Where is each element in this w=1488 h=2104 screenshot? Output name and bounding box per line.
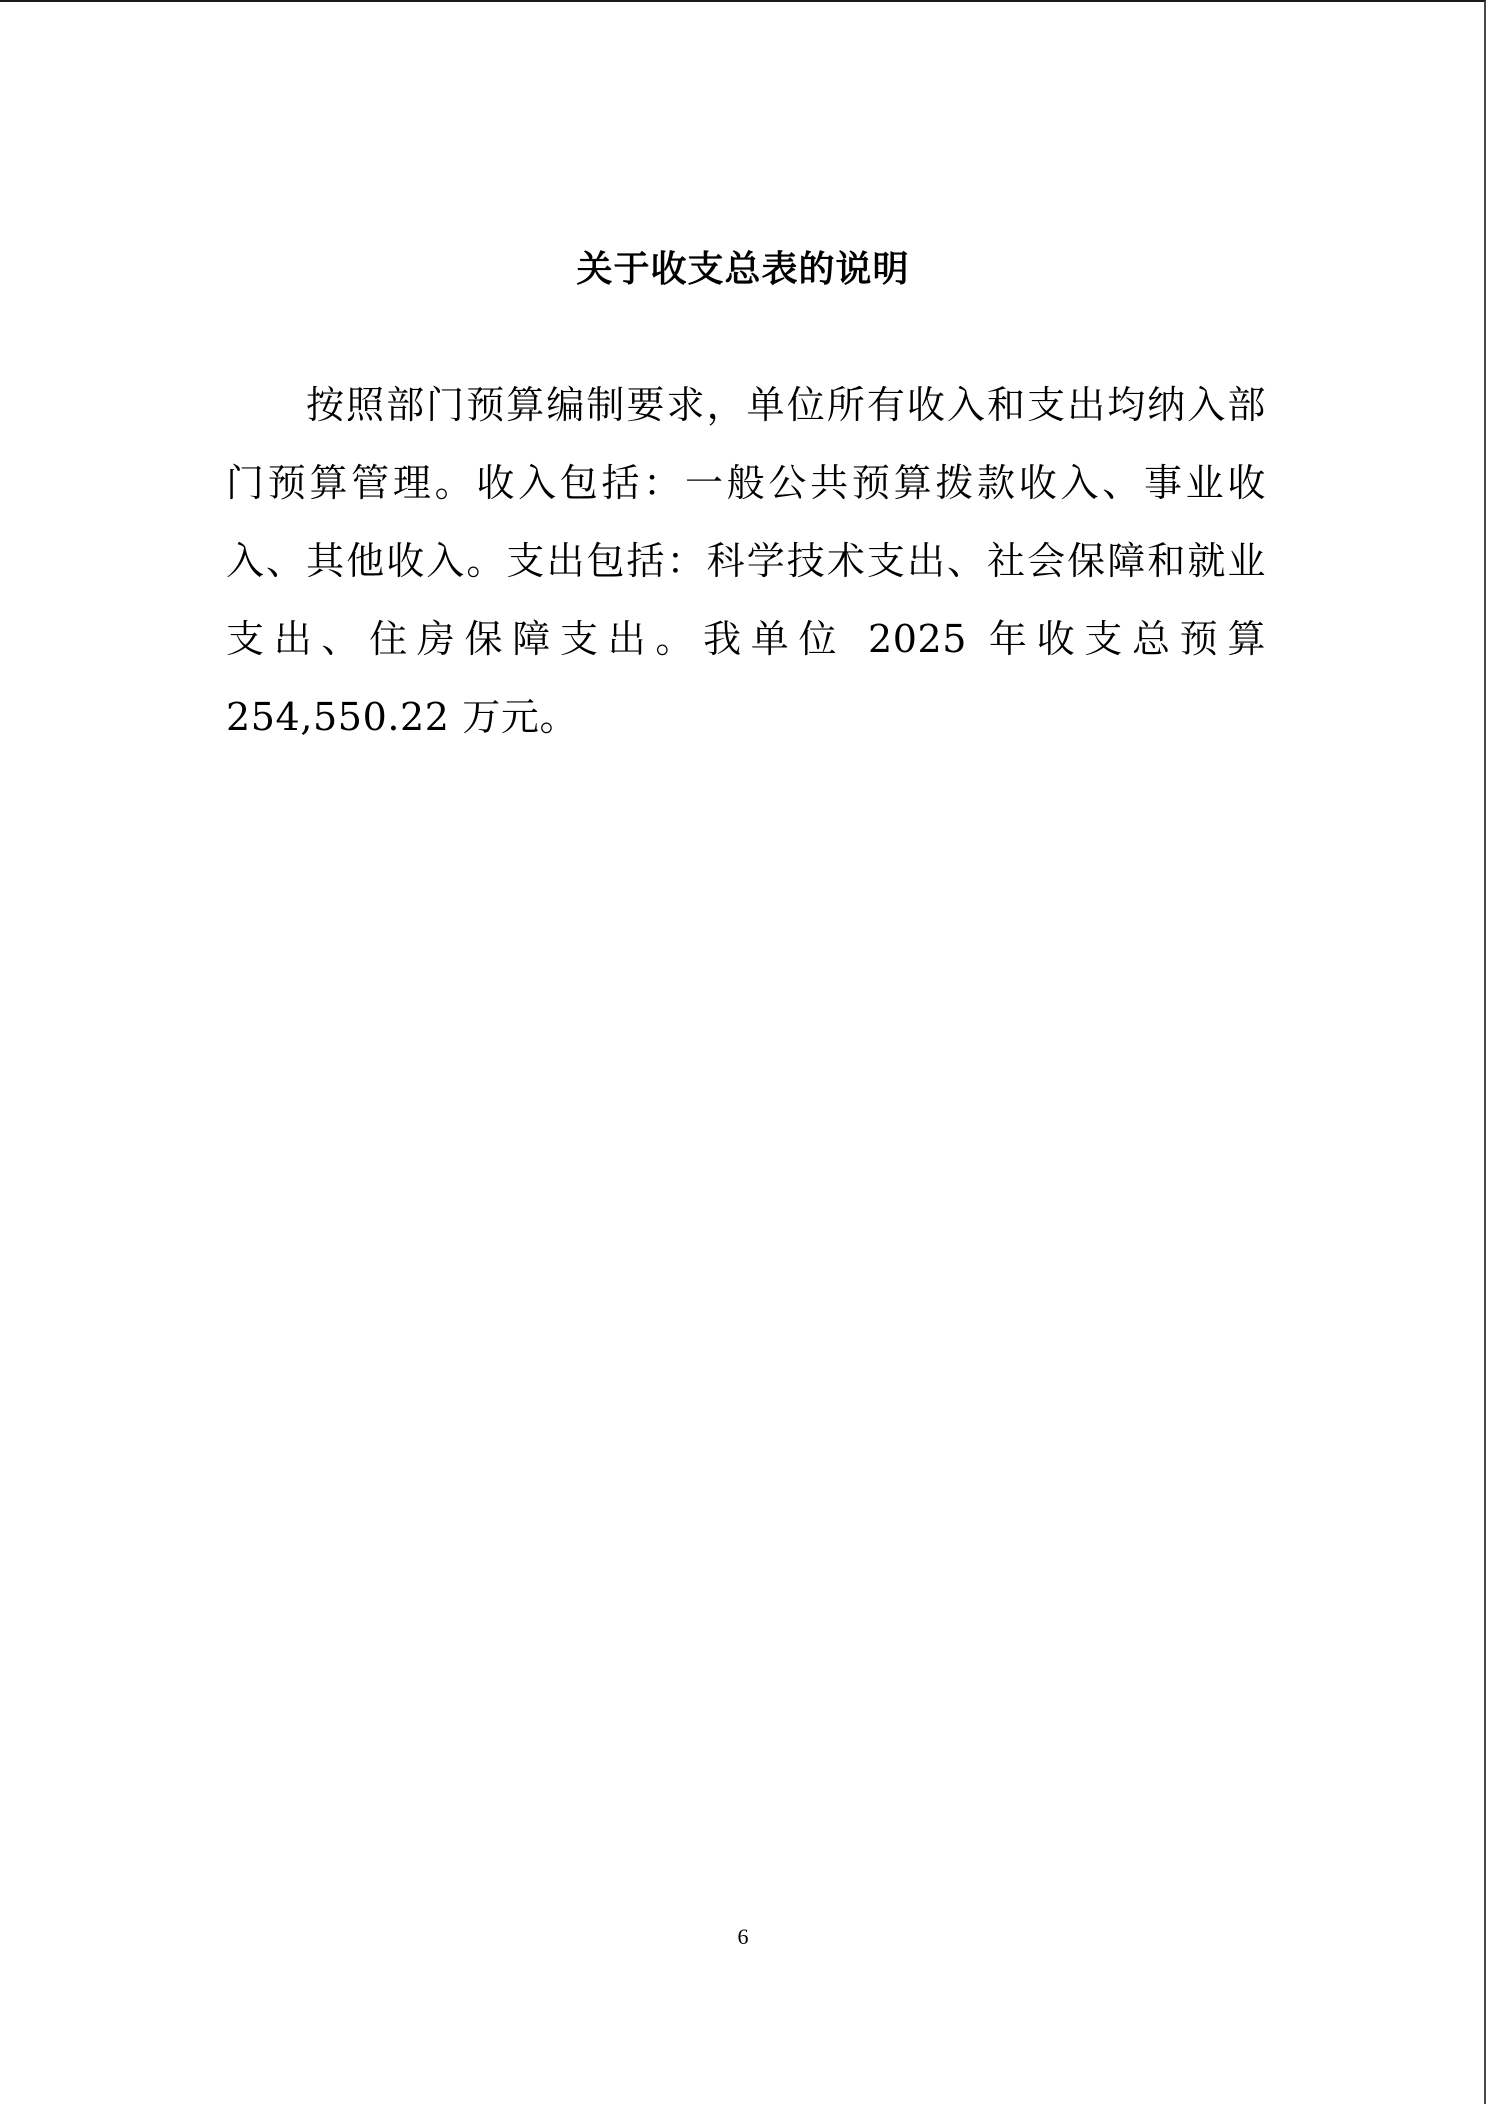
- body-paragraph: 按照部门预算编制要求，单位所有收入和支出均纳入部门预算管理。收入包括：一般公共预…: [226, 366, 1266, 756]
- page-title: 关于收支总表的说明: [0, 246, 1486, 294]
- document-page: 关于收支总表的说明 按照部门预算编制要求，单位所有收入和支出均纳入部门预算管理。…: [0, 0, 1486, 2104]
- page-number: 6: [0, 1924, 1486, 1950]
